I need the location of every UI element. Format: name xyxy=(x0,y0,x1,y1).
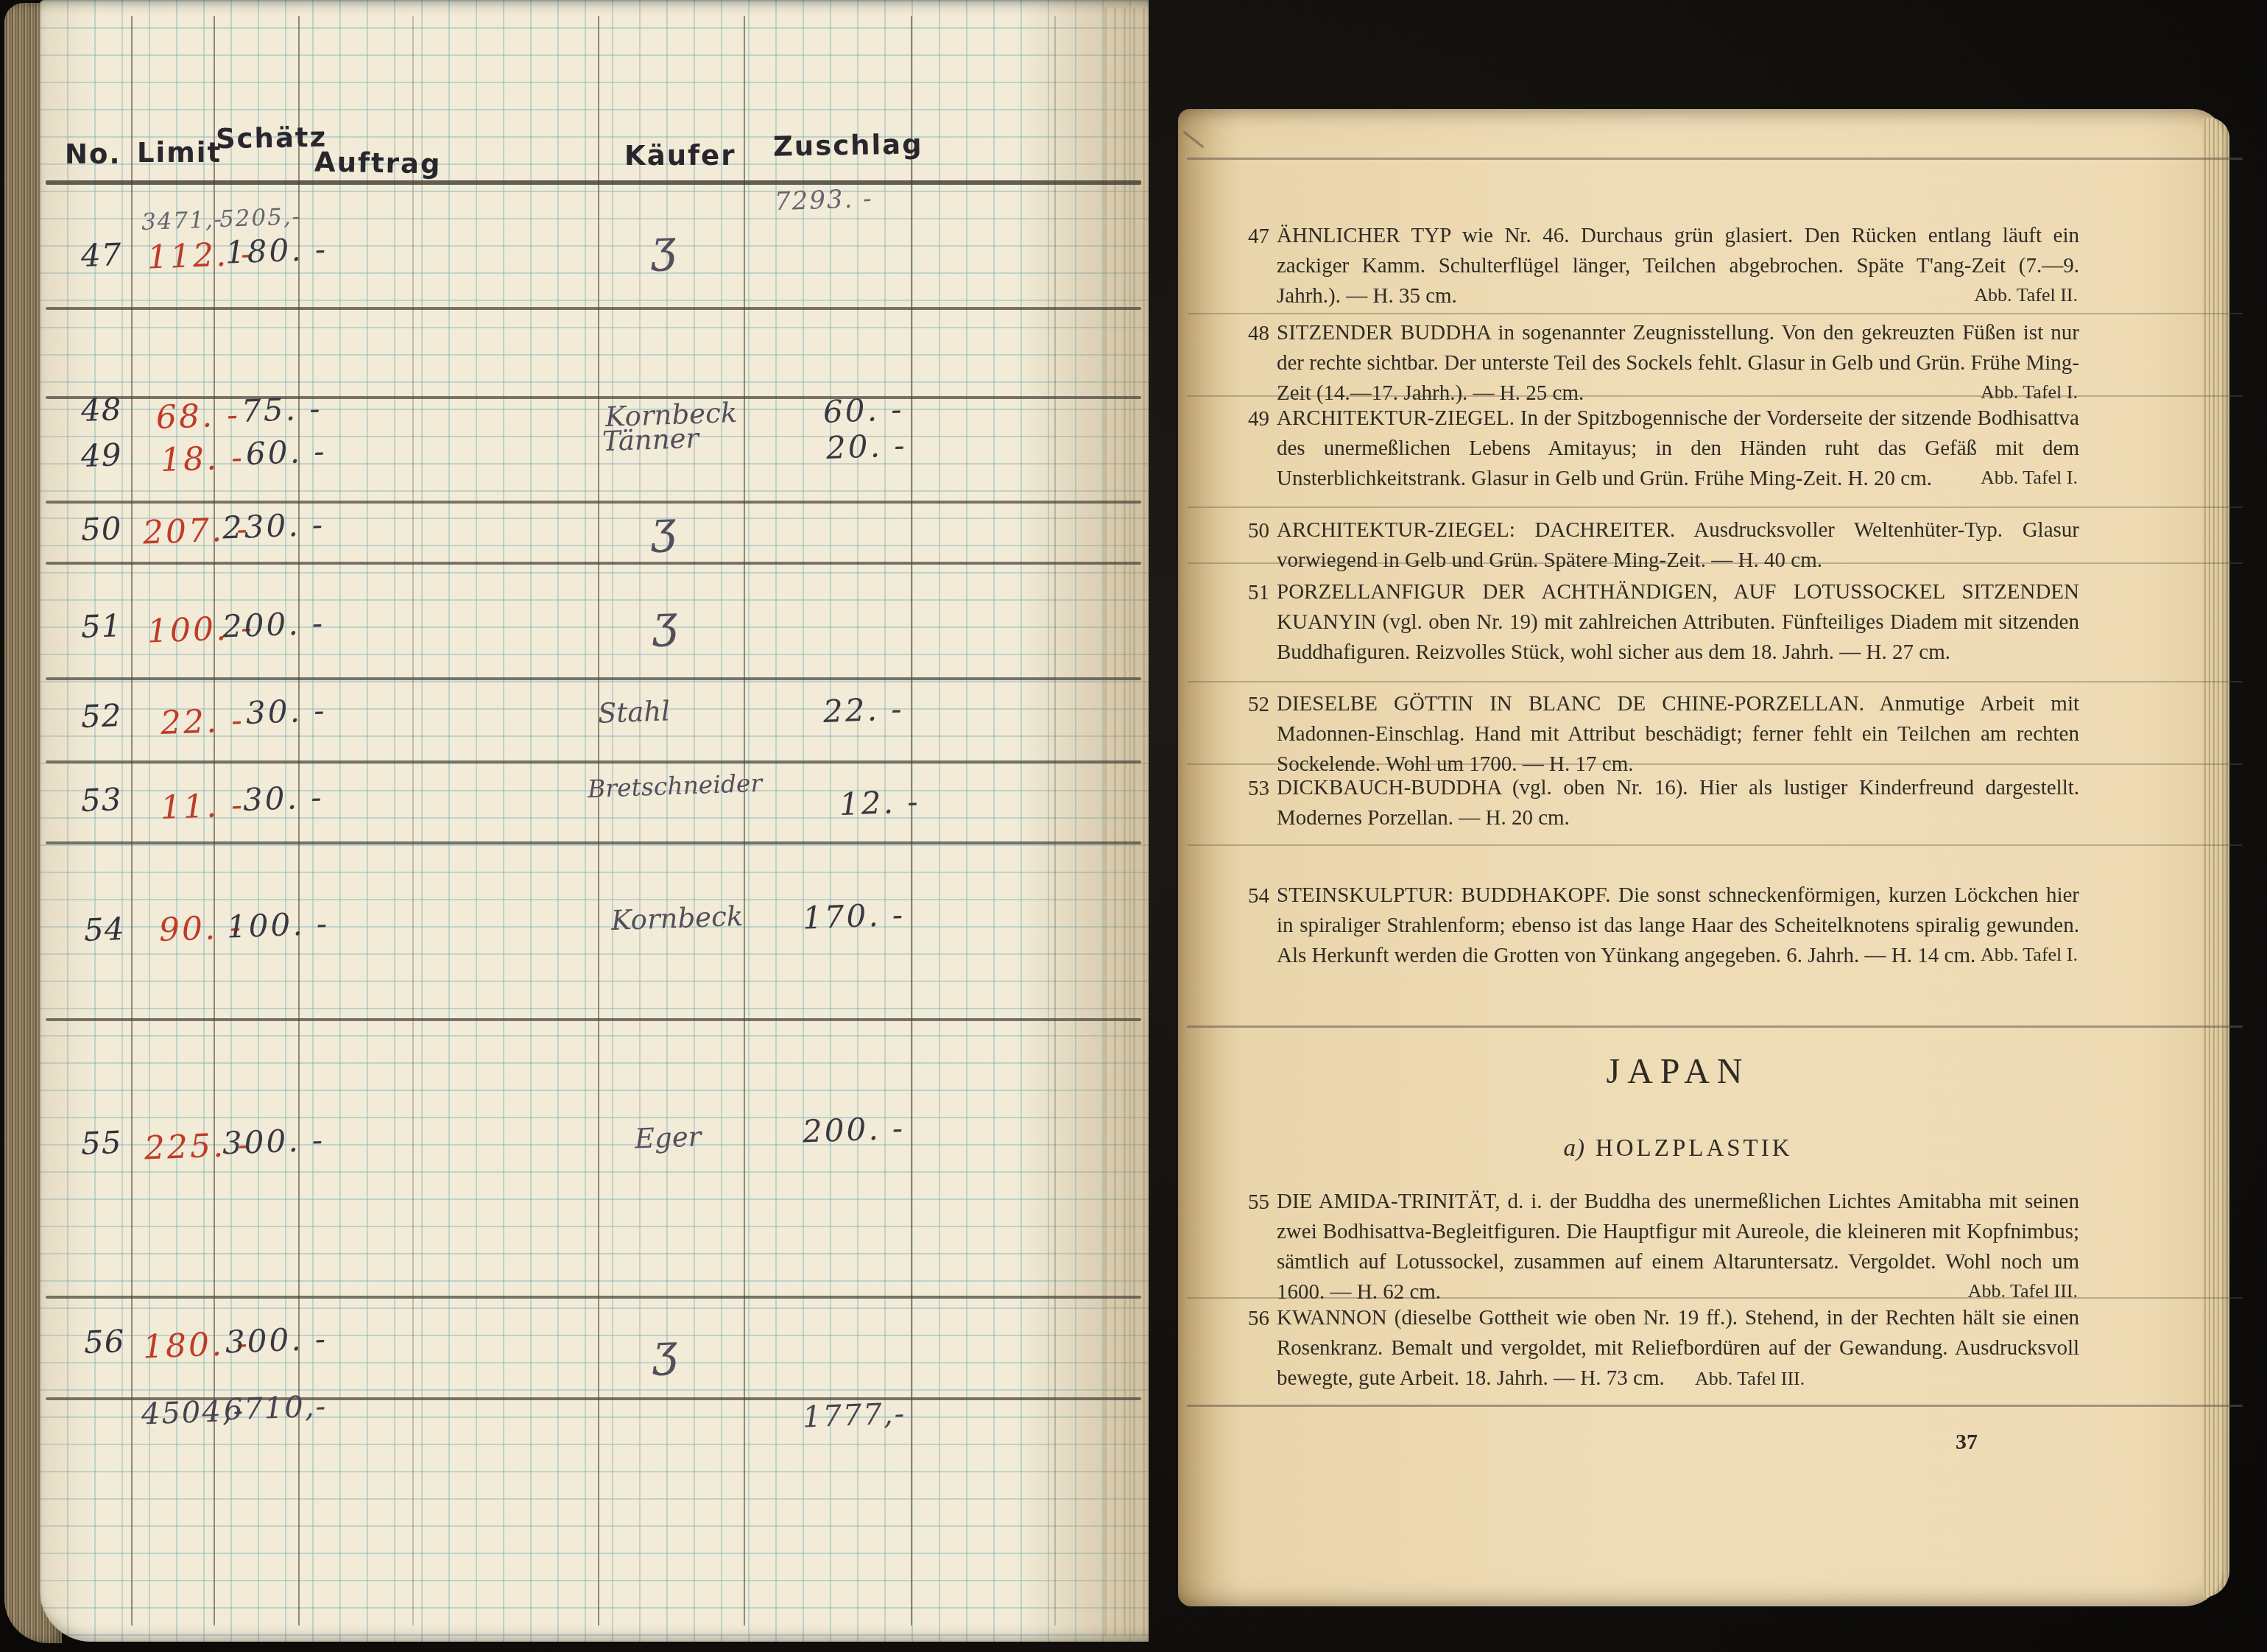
lot-description: DIESELBE GÖTTIN IN BLANC DE CHINE-PORZEL… xyxy=(1277,692,2079,776)
cell-schaetz: 180. - xyxy=(225,231,328,271)
row-separator xyxy=(46,677,1141,680)
subsection-prefix: a) xyxy=(1563,1135,1585,1162)
row-separator xyxy=(46,1296,1141,1299)
cell-schaetz-pencil: 5205,- xyxy=(219,203,301,233)
pencil-rule xyxy=(1187,313,2243,314)
plate-reference: Abb. Tafel III. xyxy=(1968,1276,2078,1306)
catalog-entry: 50 ARCHITEKTUR-ZIEGEL: DACHREITER. Ausdr… xyxy=(1277,515,2079,576)
cell-limit: 68. - xyxy=(155,396,241,437)
pencil-rule xyxy=(1187,1026,2243,1028)
pencil-rule xyxy=(1187,1405,2243,1407)
cell-kaeufer: Bretschneider xyxy=(587,769,762,803)
section-heading: JAPAN xyxy=(1277,1051,2079,1092)
pencil-rule xyxy=(1187,844,2243,846)
pencil-rule xyxy=(1187,506,2243,508)
subsection-heading: a)HOLZPLASTIK xyxy=(1277,1135,2079,1162)
cell-no: 47 xyxy=(80,236,122,274)
row-separator xyxy=(46,562,1141,565)
row-separator xyxy=(46,841,1141,844)
header-auftrag: Auftrag xyxy=(314,146,442,180)
catalog-entry: 53 DICKBAUCH-BUDDHA (vgl. oben Nr. 16). … xyxy=(1277,773,2079,833)
auction-catalog-book-spread: No. Limit Schätz Auftrag Käufer Zuschlag… xyxy=(0,0,2267,1652)
lot-description: SITZENDER BUDDHA in sogenannter Zeugniss… xyxy=(1277,321,2079,405)
cell-no: 50 xyxy=(80,510,122,548)
lot-description: ÄHNLICHER TYP wie Nr. 46. Durchaus grün … xyxy=(1277,224,2079,308)
cell-kaeufer: ʒ xyxy=(650,220,677,272)
cell-kaeufer: Tänner xyxy=(602,423,699,458)
lot-description: ARCHITEKTUR-ZIEGEL: DACHREITER. Ausdruck… xyxy=(1277,518,2079,572)
cell-zuschlag: 170. - xyxy=(802,897,906,936)
lot-description: KWANNON (dieselbe Gottheit wie oben Nr. … xyxy=(1277,1306,2079,1390)
cell-schaetz: 300. - xyxy=(222,1122,325,1162)
cell-no: 49 xyxy=(80,437,122,474)
cell-zuschlag: 22. - xyxy=(822,691,904,730)
column-rule xyxy=(598,16,599,1625)
cell-no: 48 xyxy=(80,391,122,428)
lot-number: 53 xyxy=(1234,774,1269,804)
lot-number: 49 xyxy=(1234,404,1269,434)
cell-zuschlag: 12. - xyxy=(839,783,920,822)
cell-schaetz: 75. - xyxy=(241,390,322,429)
cell-no: 53 xyxy=(80,781,122,819)
column-rule xyxy=(1054,16,1056,1625)
cell-no: 52 xyxy=(80,697,122,735)
row-separator xyxy=(46,760,1141,763)
plate-reference: Abb. Tafel III. xyxy=(1695,1368,1805,1389)
catalog-entry: 55 DIE AMIDA-TRINITÄT, d. i. der Buddha … xyxy=(1277,1187,2079,1307)
catalog-entry: 48 SITZENDER BUDDHA in sogenannter Zeugn… xyxy=(1277,318,2079,409)
cell-zuschlag: 20. - xyxy=(825,427,907,466)
plate-reference: Abb. Tafel I. xyxy=(1981,939,2078,970)
lot-number: 48 xyxy=(1234,319,1269,349)
cell-limit-pencil: 3471,- xyxy=(141,206,223,236)
lot-number: 47 xyxy=(1234,222,1269,252)
column-rule xyxy=(412,16,414,1625)
cell-schaetz: 30. - xyxy=(245,692,327,731)
header-underline xyxy=(46,180,1141,185)
catalog-entry: 54 STEINSKULPTUR: BUDDHAKOPF. Die sonst … xyxy=(1277,880,2079,971)
row-separator xyxy=(46,1018,1141,1021)
catalog-entry: 52 DIESELBE GÖTTIN IN BLANC DE CHINE-POR… xyxy=(1277,689,2079,780)
lot-description: STEINSKULPTUR: BUDDHAKOPF. Die sonst sch… xyxy=(1277,883,2079,967)
lot-description: DIE AMIDA-TRINITÄT, d. i. der Buddha des… xyxy=(1277,1190,2079,1304)
total-zuschlag: 1777,- xyxy=(802,1397,906,1435)
pencil-rule xyxy=(1187,681,2243,682)
page-number: 37 xyxy=(1956,1430,1978,1455)
lot-description: DICKBAUCH-BUDDHA (vgl. oben Nr. 16). Hie… xyxy=(1277,776,2079,830)
header-limit: Limit xyxy=(137,137,222,169)
pencil-rule xyxy=(1187,158,2243,160)
lot-number: 56 xyxy=(1234,1304,1269,1334)
cell-schaetz: 30. - xyxy=(242,779,324,818)
lot-number: 52 xyxy=(1234,690,1269,720)
cell-limit: 18. - xyxy=(160,439,245,479)
total-schaetz: 6710,- xyxy=(223,1390,328,1427)
column-rule xyxy=(131,16,133,1625)
cell-schaetz: 200. - xyxy=(222,605,325,645)
header-zuschlag: Zuschlag xyxy=(773,128,923,163)
cell-kaeufer: ʒ xyxy=(652,596,678,648)
cell-kaeufer: Eger xyxy=(634,1120,702,1154)
cell-kaeufer: Kornbeck xyxy=(610,900,744,936)
plate-reference: Abb. Tafel I. xyxy=(1981,377,2078,407)
header-schaetz: Schätz xyxy=(216,121,328,155)
lot-description: PORZELLANFIGUR DER ACHTHÄNDIGEN, AUF LOT… xyxy=(1277,580,2079,664)
book-gutter xyxy=(1097,7,1147,1637)
lot-number: 50 xyxy=(1234,516,1269,546)
cell-schaetz: 230. - xyxy=(222,506,325,546)
row-separator xyxy=(46,307,1141,310)
catalog-entry: 49 ARCHITEKTUR-ZIEGEL. In der Spitzbogen… xyxy=(1277,403,2079,494)
cell-zuschlag: 60. - xyxy=(822,391,904,430)
cell-kaeufer: Stahl xyxy=(597,695,670,729)
cell-kaeufer: ʒ xyxy=(652,1324,678,1377)
cell-schaetz: 60. - xyxy=(245,433,327,472)
cell-no: 56 xyxy=(83,1323,125,1360)
subsection-title: HOLZPLASTIK xyxy=(1596,1135,1793,1162)
page-edge-stack-right xyxy=(2203,118,2229,1598)
catalog-entry: 51 PORZELLANFIGUR DER ACHTHÄNDIGEN, AUF … xyxy=(1277,577,2079,668)
cell-no: 51 xyxy=(80,607,122,645)
cell-schaetz: 100. - xyxy=(226,906,330,945)
lot-number: 51 xyxy=(1234,578,1269,608)
cell-no: 55 xyxy=(80,1124,122,1162)
header-no: No. xyxy=(65,138,121,170)
column-rule xyxy=(911,16,912,1625)
cell-limit: 11. - xyxy=(160,786,245,827)
catalog-entry: 47 ÄHNLICHER TYP wie Nr. 46. Durchaus gr… xyxy=(1277,221,2079,311)
plate-reference: Abb. Tafel II. xyxy=(1974,280,2078,310)
cell-zuschlag: 200. - xyxy=(802,1110,906,1150)
plate-reference: Abb. Tafel I. xyxy=(1981,462,2078,493)
lot-number: 54 xyxy=(1234,881,1269,911)
cell-no: 54 xyxy=(83,911,125,948)
carry-over-sum: 7293. - xyxy=(774,184,873,217)
lot-description: ARCHITEKTUR-ZIEGEL. In der Spitzbogennis… xyxy=(1277,406,2079,490)
cell-schaetz: 300. - xyxy=(225,1321,328,1360)
row-separator xyxy=(46,501,1141,504)
cell-limit: 22. - xyxy=(160,702,245,742)
header-kaeufer: Käufer xyxy=(624,140,736,172)
catalog-entry: 56 KWANNON (dieselbe Gottheit wie oben N… xyxy=(1277,1303,2079,1394)
cell-kaeufer: ʒ xyxy=(650,501,677,554)
lot-number: 55 xyxy=(1234,1187,1269,1218)
column-rule xyxy=(744,16,745,1625)
